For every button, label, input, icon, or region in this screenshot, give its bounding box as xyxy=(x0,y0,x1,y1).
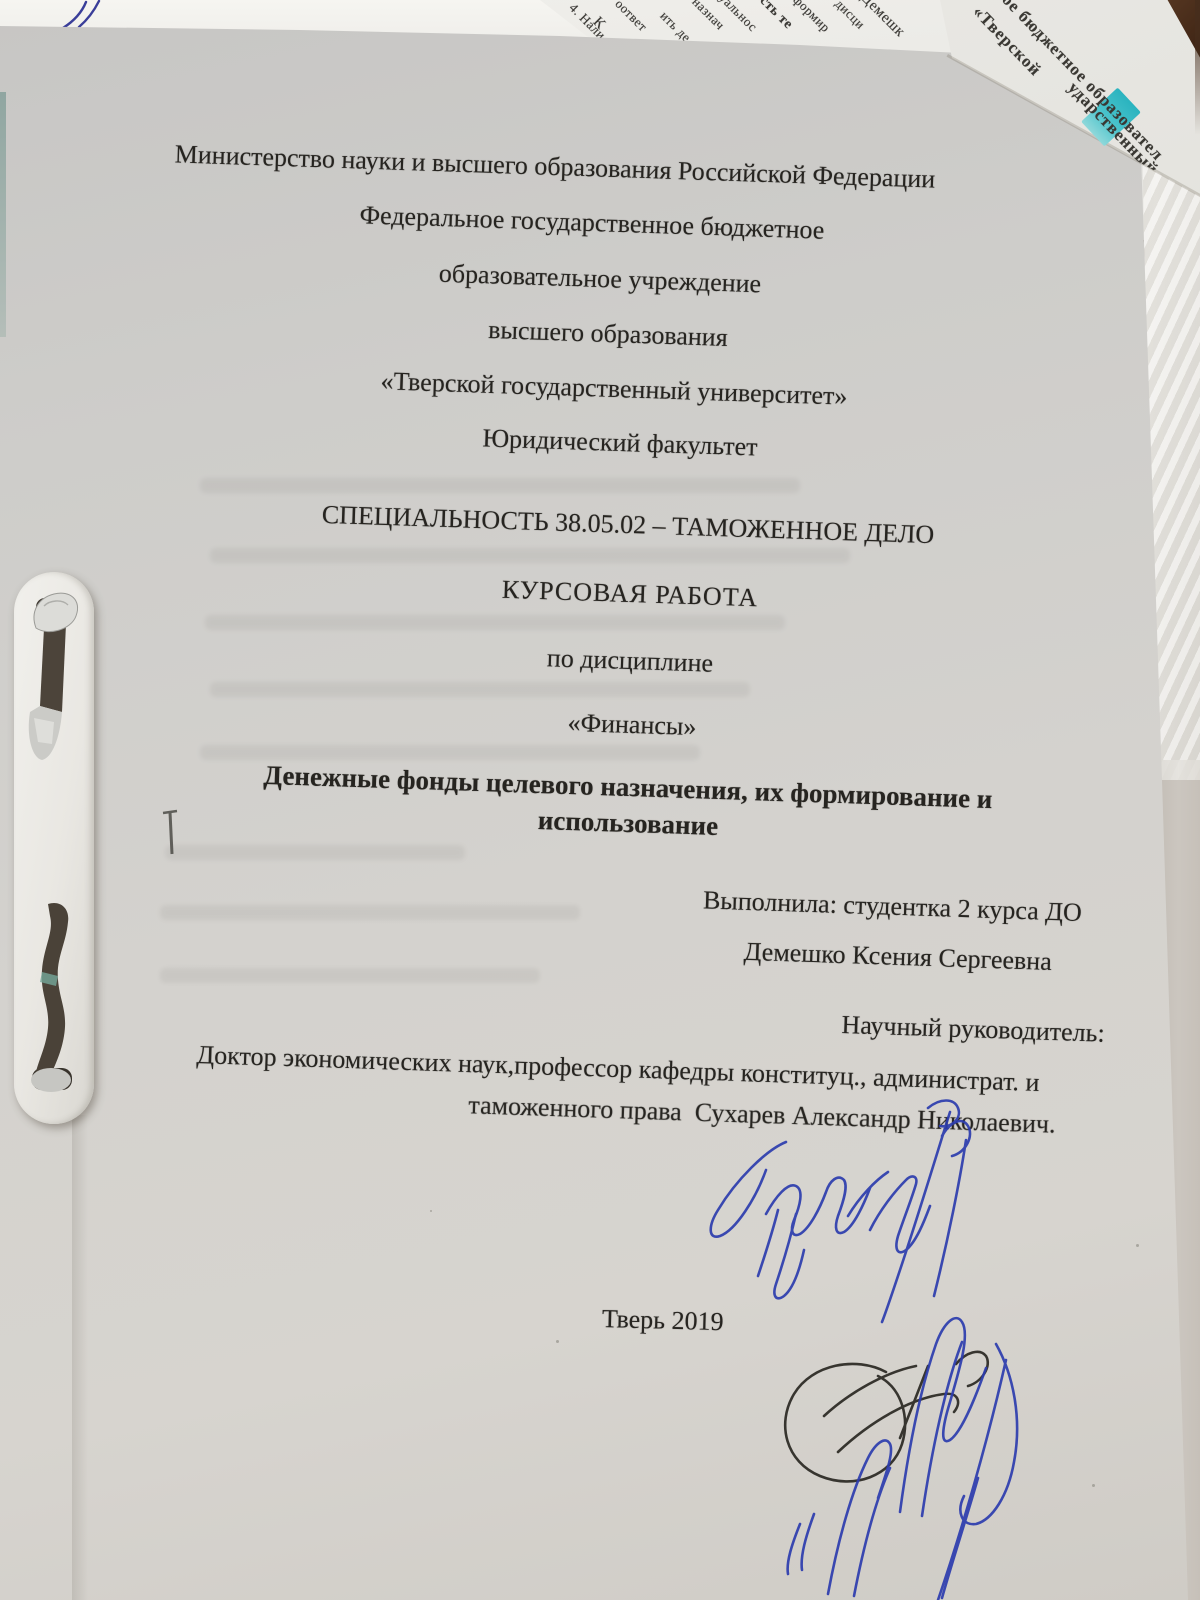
dust-speck xyxy=(430,1210,432,1212)
title-page: Министерство науки и высшего образования… xyxy=(0,0,1200,1600)
bleed-through-line xyxy=(205,615,785,630)
folder-edge-sliver xyxy=(0,92,6,337)
bleed-through-line xyxy=(160,968,540,983)
table-surface-sliver xyxy=(1195,0,1200,135)
bleed-through-line xyxy=(200,478,800,493)
dust-speck xyxy=(556,1340,559,1343)
bleed-through-line xyxy=(210,548,850,563)
paper-crease xyxy=(72,1115,88,1600)
background-text-fragment: формир xyxy=(790,0,834,36)
city-year: Тверь 2019 xyxy=(30,1287,1170,1351)
binder-fastener xyxy=(14,572,94,1124)
dust-speck xyxy=(1136,1244,1139,1247)
bleed-through-line xyxy=(210,682,750,697)
bleed-through-line xyxy=(165,845,465,860)
background-text-fragment: оответ xyxy=(612,0,651,35)
photo-of-title-page: ак 4. Нали К оответ ить де назнач уально… xyxy=(0,0,1200,1600)
dust-speck xyxy=(1092,1484,1095,1487)
fastener-prongs xyxy=(14,572,94,1124)
background-text-fragment: ость те xyxy=(751,0,796,33)
